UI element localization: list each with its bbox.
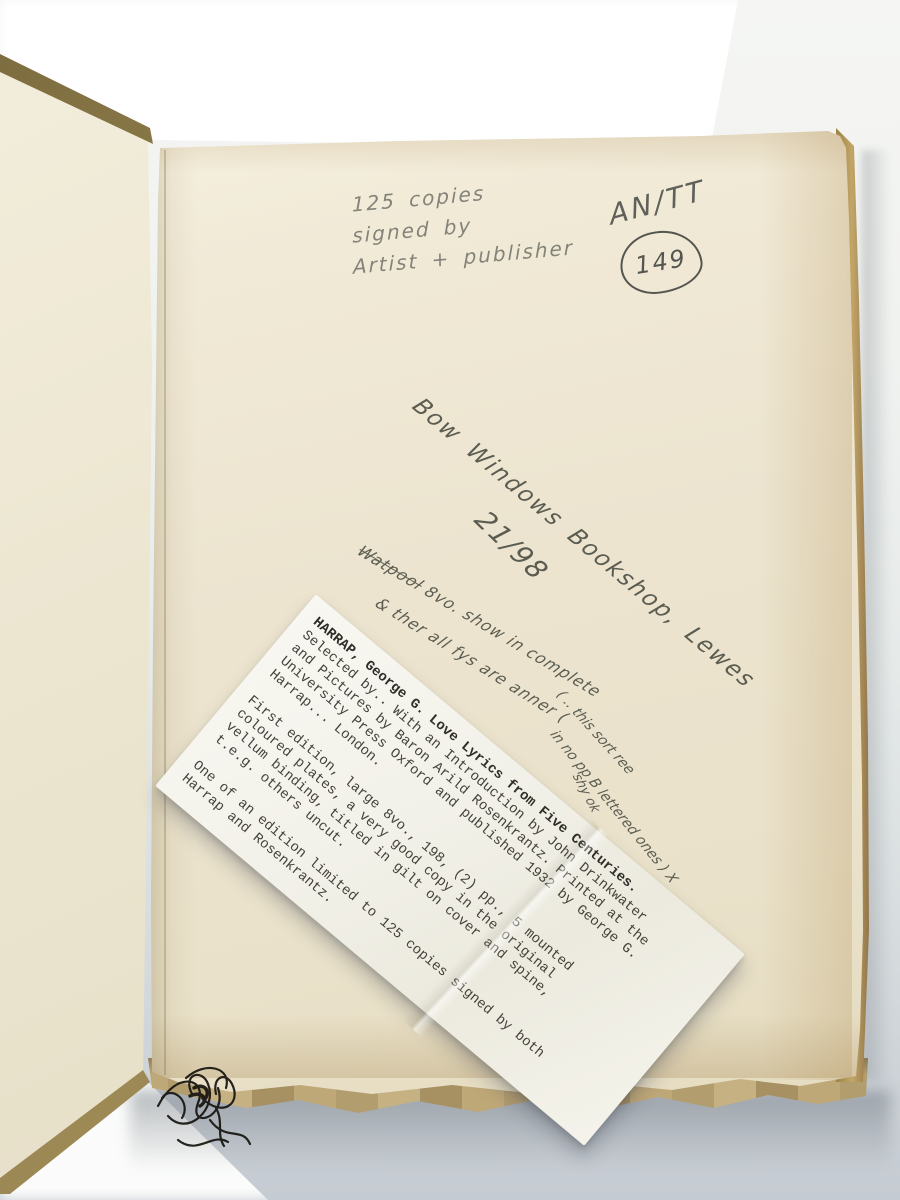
gutter-shadow [151, 138, 197, 1078]
gutter-crease-line [164, 150, 166, 1075]
stock-number: 149 [633, 244, 689, 280]
photo-of-open-book: 125 copies signed by Artist + publisher … [0, 0, 900, 1200]
loose-binding-threads [146, 1048, 286, 1163]
page-toning-right [760, 130, 852, 1080]
pencil-note: 125 copies signed by Artist + publisher [352, 170, 575, 283]
